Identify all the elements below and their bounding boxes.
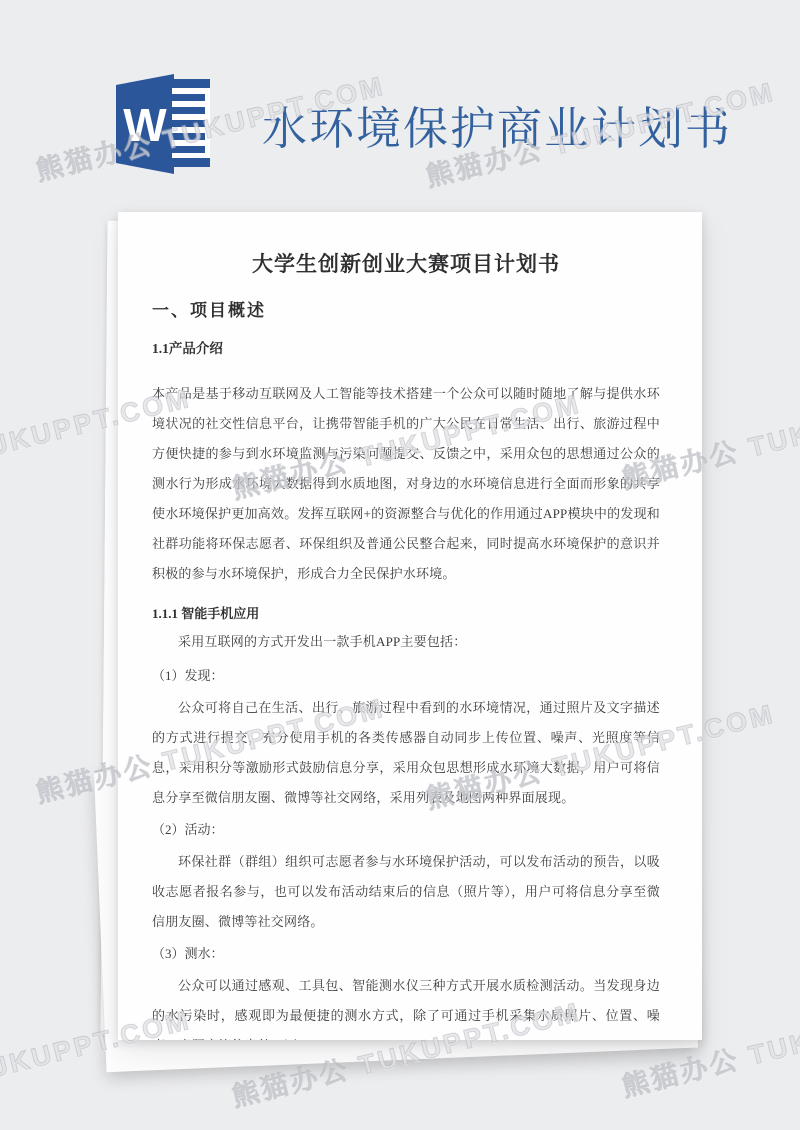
document-page: 大学生创新创业大赛项目计划书 一、项目概述 1.1产品介绍 本产品是基于移动互联… bbox=[118, 212, 702, 1040]
item-label-1: （1）发现： bbox=[152, 661, 660, 691]
page-title: 水环境保护商业计划书 bbox=[262, 92, 732, 157]
subsubsection-heading: 1.1.1 智能手机应用 bbox=[152, 601, 660, 627]
section-heading: 一、项目概述 bbox=[152, 296, 660, 321]
intro-paragraph: 本产品是基于移动互联网及人工智能等技术搭建一个公众可以随时随地了解与提供水环境状… bbox=[152, 379, 660, 589]
subsection-heading: 1.1产品介绍 bbox=[152, 337, 660, 357]
item-label-3: （3）测水： bbox=[152, 939, 660, 969]
svg-text:W: W bbox=[123, 99, 167, 151]
header: W 水环境保护商业计划书 bbox=[108, 64, 732, 184]
item-body-1: 公众可将自己在生活、出行、旅游过程中看到的水环境情况，通过照片及文字描述的方式进… bbox=[152, 693, 660, 813]
lead-line: 采用互联网的方式开发出一款手机APP主要包括： bbox=[152, 627, 660, 657]
item-body-2: 环保社群（群组）组织可志愿者参与水环境保护活动，可以发布活动的预告，以吸收志愿者… bbox=[152, 847, 660, 937]
item-label-2: （2）活动： bbox=[152, 815, 660, 845]
item-body-3: 公众可以通过感观、工具包、智能测水仪三种方式开展水质检测活动。当发现身边的水污染… bbox=[152, 971, 660, 1040]
document-title: 大学生创新创业大赛项目计划书 bbox=[152, 248, 660, 278]
page-background: W 水环境保护商业计划书 大学生创新创业大赛项目计划书 一、项目概述 1.1产品… bbox=[0, 0, 800, 1130]
word-logo-icon: W bbox=[108, 64, 218, 184]
